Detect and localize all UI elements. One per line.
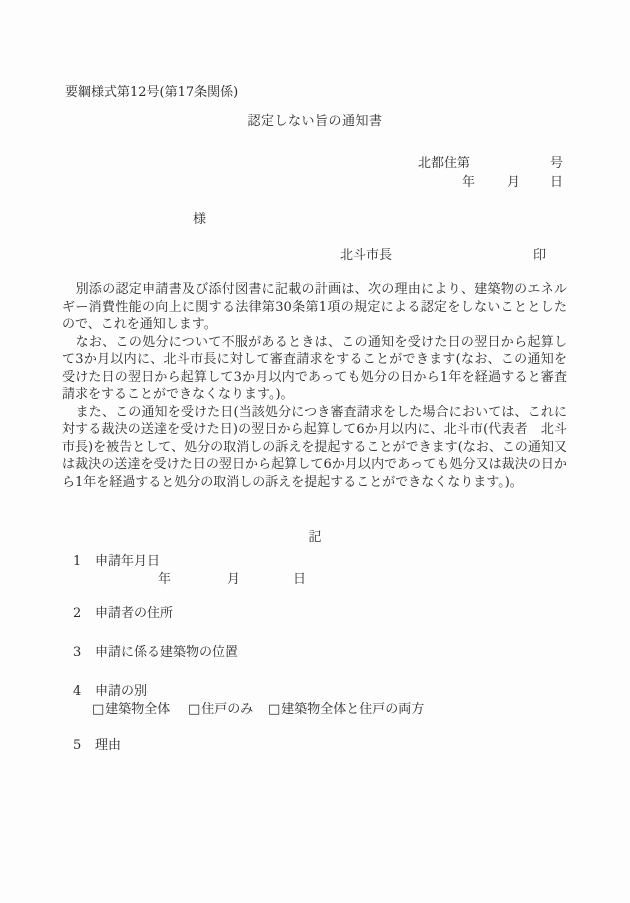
checkbox-icon: □ [92, 702, 104, 717]
notice-document-page: 要綱様式第12号(第17条関係) 認定しない旨の通知書 北都住第 号 年 月 日… [0, 0, 630, 903]
issuer-name: 北斗市長 [340, 244, 392, 263]
item1-year-label: 年 [158, 568, 171, 587]
checkbox-icon: □ [268, 702, 280, 717]
issue-date-month-label: 月 [507, 171, 520, 190]
option-label: 建築物全体 [105, 702, 170, 717]
issue-date-day-label: 日 [550, 171, 563, 190]
item-number: 1 [73, 554, 95, 569]
reference-number-prefix: 北都住第 [418, 152, 470, 171]
item-number: 4 [73, 684, 95, 699]
reference-number-suffix: 号 [550, 152, 563, 171]
item-number: 2 [73, 606, 95, 621]
option-dwelling-only: □住戸のみ [188, 698, 253, 717]
item-number: 5 [73, 738, 95, 753]
body-paragraph-2: なお、この処分について不服があるときは、この通知を受けた日の翌日から起算して3か… [62, 334, 567, 404]
item-label: 申請の別 [95, 684, 147, 699]
item-reason: 5理由 [73, 734, 121, 753]
body-paragraph-1: 別添の認定申請書及び添付図書に記載の計画は、次の理由により、建築物のエネルギー消… [62, 281, 567, 334]
body-paragraph-3: また、この通知を受けた日(当該処分につき審査請求をした場合においては、これに対す… [62, 404, 567, 492]
option-label: 住戸のみ [201, 702, 253, 717]
document-title: 認定しない旨の通知書 [0, 110, 630, 129]
item1-day-label: 日 [293, 568, 306, 587]
form-number: 要綱様式第12号(第17条関係) [65, 81, 238, 100]
item-application-date: 1申請年月日 [73, 550, 160, 569]
issue-date-year-label: 年 [462, 171, 475, 190]
option-label: 建築物全体と住戸の両方 [281, 702, 424, 717]
issuer-seal-label: 印 [533, 244, 546, 263]
checkbox-icon: □ [188, 702, 200, 717]
item-label: 申請年月日 [95, 554, 160, 569]
option-both: □建築物全体と住戸の両方 [268, 698, 424, 717]
item-label: 理由 [95, 738, 121, 753]
item-label: 申請に係る建築物の位置 [95, 645, 238, 660]
option-whole-building: □建築物全体 [92, 698, 170, 717]
body-text: 別添の認定申請書及び添付図書に記載の計画は、次の理由により、建築物のエネルギー消… [62, 281, 567, 491]
item-number: 3 [73, 645, 95, 660]
item1-month-label: 月 [227, 568, 240, 587]
item-label: 申請者の住所 [95, 606, 173, 621]
item-application-type: 4申請の別 [73, 680, 147, 699]
item-applicant-address: 2申請者の住所 [73, 602, 173, 621]
addressee-honorific: 様 [193, 208, 206, 227]
record-marker: 記 [0, 526, 630, 545]
item-building-location: 3申請に係る建築物の位置 [73, 641, 238, 660]
